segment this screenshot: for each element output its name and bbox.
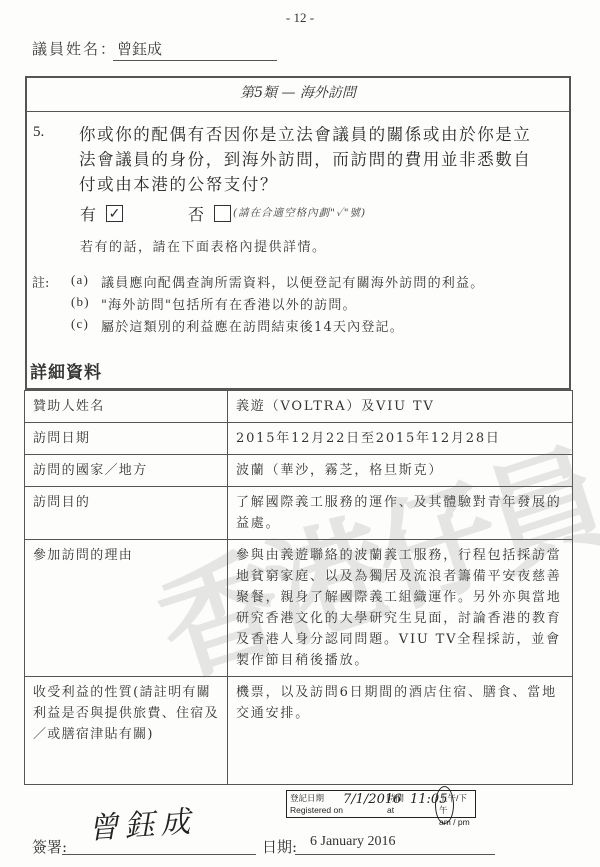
row-label: 訪問的國家／地方 (25, 455, 228, 487)
table-row: 收受利益的性質(請註明有關利益是否與提供旅費、住宿及／或膳宿津貼有關) 機票，以… (25, 677, 573, 785)
details-table: 贊助人姓名 義遊（VOLTRA）及VIU TV 訪問日期 2015年12月22日… (24, 390, 573, 785)
row-label: 贊助人姓名 (25, 391, 228, 423)
table-row: 訪問的國家／地方 波蘭（華沙，霧芝，格旦斯克） (25, 455, 573, 487)
row-value: 2015年12月22日至2015年12月28日 (228, 423, 573, 455)
question-number: 5. (33, 124, 44, 141)
if-yes-instruction: 若有的話，請在下面表格內提供詳情。 (80, 236, 327, 255)
no-checkbox[interactable] (214, 205, 231, 222)
member-name-label: 議員姓名： (32, 38, 117, 59)
row-value: 義遊（VOLTRA）及VIU TV (228, 391, 573, 423)
row-label: 參加訪問的理由 (25, 540, 228, 677)
yes-checkbox[interactable]: ✓ (106, 205, 123, 222)
notes-label: 註: (32, 272, 49, 291)
registered-on-label: 登記日期 Registered on (290, 792, 343, 816)
note-key: (b) (71, 294, 101, 313)
row-label: 訪問日期 (25, 423, 228, 455)
row-label: 收受利益的性質(請註明有關利益是否與提供旅費、住宿及／或膳宿津貼有關) (25, 677, 228, 785)
option-no[interactable]: 否 (188, 202, 231, 225)
note-text: 議員應向配偶查詢所需資料，以便登記有關海外訪問的利益。 (101, 272, 484, 291)
note-text: 屬於這類別的利益應在訪問結束後14天內登記。 (101, 316, 404, 335)
note-item: (b) "海外訪問"包括所有在香港以外的訪問。 (71, 294, 357, 313)
checkbox-hint: (請在合適空格內劃"✓"號) (233, 205, 366, 220)
option-yes[interactable]: 有 ✓ (80, 202, 123, 225)
am-selected-circle (435, 786, 454, 824)
note-key: (c) (71, 316, 101, 335)
date-line (295, 854, 495, 855)
row-value: 波蘭（華沙，霧芝，格旦斯克） (228, 455, 573, 487)
question-text: 你或你的配偶有否因你是立法會議員的關係或由於你是立法會議員的身份，到海外訪問，而… (79, 122, 549, 197)
table-row: 訪問目的 了解國際義工服務的運作、及其體驗對青年發展的益處。 (25, 487, 573, 540)
table-row: 參加訪問的理由 參與由義遊聯絡的波蘭義工服務，行程包括採訪當地貧窮家庭、以及為獨… (25, 540, 573, 677)
row-label: 訪問目的 (25, 487, 228, 540)
row-value: 參與由義遊聯絡的波蘭義工服務，行程包括採訪當地貧窮家庭、以及為獨居及流浪者籌備平… (228, 540, 573, 677)
row-value: 了解國際義工服務的運作、及其體驗對青年發展的益處。 (228, 487, 573, 540)
option-yes-label: 有 (80, 202, 96, 225)
page-number: - 12 - (0, 10, 600, 26)
details-title: 詳細資料 (30, 358, 102, 383)
note-text: "海外訪問"包括所有在香港以外的訪問。 (101, 294, 357, 313)
table-row: 贊助人姓名 義遊（VOLTRA）及VIU TV (25, 391, 573, 423)
option-no-label: 否 (188, 202, 204, 225)
registered-time-label: 時間 at (387, 792, 404, 816)
signature-line (62, 854, 256, 855)
note-item: (a) 議員應向配偶查詢所需資料，以便登記有關海外訪問的利益。 (71, 272, 484, 291)
category-title: 第5類 — 海外訪問 (25, 76, 571, 112)
date-value: 6 January 2016 (310, 834, 396, 850)
signature-handwriting: 曾鈺成 (87, 796, 198, 847)
date-label: 日期: (262, 836, 297, 857)
row-value: 機票，以及訪問6日期間的酒店住宿、膳食、當地交通安排。 (228, 677, 573, 785)
note-key: (a) (71, 272, 101, 291)
member-name-value: 曾鈺成 (113, 38, 277, 61)
note-item: (c) 屬於這類別的利益應在訪問結束後14天內登記。 (71, 316, 404, 335)
registration-stamp: 登記日期 Registered on 7/1/2016 時間 at 11:05 … (286, 790, 476, 818)
table-row: 訪問日期 2015年12月22日至2015年12月28日 (25, 423, 573, 455)
